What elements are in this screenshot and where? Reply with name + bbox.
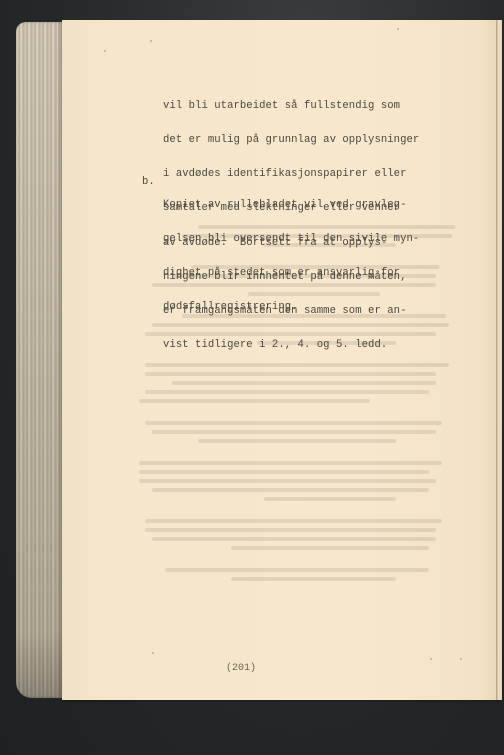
paper-speck [152,652,154,654]
page-number: (201) [226,663,256,674]
text-line: vil bli utarbeidet så fullstendig som [163,101,433,112]
book-page: vil bli utarbeidet så fullstendig som de… [62,20,502,700]
paper-speck [397,28,399,30]
paper-speck [460,658,462,660]
text-line: vist tidligere i 2., 4. og 5. ledd. [163,340,433,351]
item-b-text: Kopiet av rullebladet vil ved gravleg- g… [163,177,433,337]
text-line: Kopiet av rullebladet vil ved gravleg- [163,200,433,211]
page-stack-edges [16,22,62,698]
paper-speck [430,658,432,660]
paper-speck [150,40,152,42]
item-b-label: b. [142,177,155,188]
page-gutter-edge [496,20,502,700]
text-line: dighet på stedet som er ansvarlig for [163,268,433,279]
paper-speck [104,50,106,52]
text-line: gelsen bli oversendt til den sivile myn- [163,234,433,245]
book: vil bli utarbeidet så fullstendig som de… [16,18,504,700]
text-line: det er mulig på grunnlag av opplysninger [163,135,433,146]
text-line: dødsfallregistrering. [163,302,433,313]
